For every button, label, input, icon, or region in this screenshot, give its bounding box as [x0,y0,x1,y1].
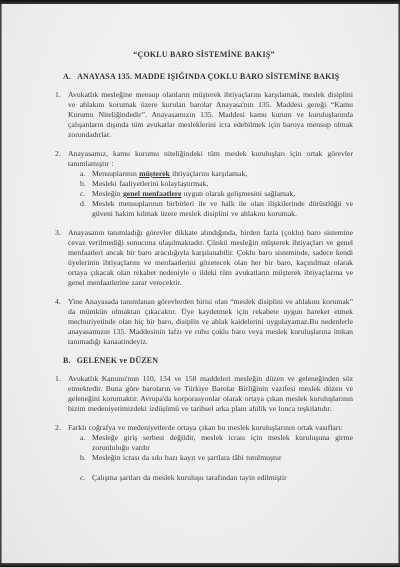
paragraph-a4-number: 4. [55,297,68,347]
scan-edge-top [0,0,400,4]
list-item-a2b-text: Mesleki faaliyetlerini kolaylaştırmak, [92,179,353,189]
paragraph-b2-intro: Farklı coğrafya ve medeniyetlerde ortaya… [68,423,353,433]
document-title: “ÇOKLU BARO SİSTEMİNE BAKIŞ” [55,50,353,59]
list-item-b2b: b. Mesleğin icrası da sıkı bazı kayıt ve… [80,453,353,463]
paragraph-a2: 2. Anayasamız, kamu kurumu niteliğindeki… [55,149,353,219]
list-item-a2c-letter: c. [80,189,92,199]
section-b-heading: B. GELENEK ve DÜZEN [63,356,353,365]
text-run: Mesleğin [92,189,123,198]
document-content: “ÇOKLU BARO SİSTEMİNE BAKIŞ” A. ANAYASA … [55,48,353,492]
list-item-b2a: a. Mesleğe giriş serbest değildir, mesle… [80,433,353,453]
list-item-a2a: a. Mensuplarının müşterek ihtiyaçlarını … [80,169,353,179]
section-b-title: GELENEK ve DÜZEN [77,356,159,365]
section-a-heading: A. ANAYASA 135. MADDE IŞIĞINDA ÇOKLU BAR… [63,72,353,81]
paragraph-a4: 4. Yine Anayasada tanımlanan görevlerden… [55,297,353,347]
section-a-letter: A. [63,72,71,81]
list-item-a2a-letter: a. [80,169,92,179]
list-item-a2a-text: Mensuplarının müşterek ihtiyaçlarını kar… [92,169,353,179]
list-item-b2b-letter: b. [80,453,92,463]
text-run: Mesleki faaliyetlerini kolaylaştırmak, [92,179,208,188]
text-run: uygun olarak gelişmesini sağlamak, [181,189,295,198]
list-item-a2b: b. Mesleki faaliyetlerini kolaylaştırmak… [80,179,353,189]
scan-edge-left [0,0,2,567]
paragraph-b1-number: 1. [55,374,68,414]
list-item-b2a-letter: a. [80,433,92,453]
paragraph-a3-text: Anayasanın tanımladığı görevler dikkate … [68,228,353,288]
list-item-b2c-letter: c. [80,473,92,483]
list-item-a2c: c. Mesleğin genel menfaatlere uygun olar… [80,189,353,199]
paragraph-a1: 1. Avukatlık mesleğine mensup olanların … [55,90,353,140]
scan-edge-bottom [0,563,400,567]
paragraph-a3: 3. Anayasanın tanımladığı görevler dikka… [55,228,353,288]
paragraph-a4-text: Yine Anayasada tanımlanan görevlerden bi… [68,297,353,347]
list-item-b2a-text: Mesleğe giriş serbest değildir, meslek i… [92,433,353,453]
paragraph-b2-body: Farklı coğrafya ve medeniyetlerde ortaya… [68,423,353,483]
scanned-document-page: “ÇOKLU BARO SİSTEMİNE BAKIŞ” A. ANAYASA … [0,0,400,567]
text-run: Mensuplarının [92,169,139,178]
section-a-title: ANAYASA 135. MADDE IŞIĞINDA ÇOKLU BARO S… [77,72,339,81]
paragraph-a2-number: 2. [55,149,68,219]
paragraph-b2: 2. Farklı coğrafya ve medeniyetlerde ort… [55,423,353,483]
text-run: Meslek mensuplarının birbirleri ile ve h… [92,199,353,218]
paragraph-b1: 1. Avukatlık Kanunu'nun 110, 134 ve 158 … [55,374,353,414]
paragraph-b1-text: Avukatlık Kanunu'nun 110, 134 ve 158 mad… [68,374,353,414]
paragraph-a2-body: Anayasamız, kamu kurumu niteliğindeki tü… [68,149,353,219]
list-item-b2b-text: Mesleğin icrası da sıkı bazı kayıt ve şa… [92,453,353,463]
list-item-a2d-letter: d. [80,199,92,219]
list-item-b2c: c. Çalışma şartları da meslek kuruluşu t… [80,473,353,483]
list-item-a2c-text: Mesleğin genel menfaatlere uygun olarak … [92,189,353,199]
list-item-a2d: d. Meslek mensuplarının birbirleri ile v… [80,199,353,219]
paragraph-a1-text: Avukatlık mesleğine mensup olanların müş… [68,90,353,140]
list-item-b2c-text: Çalışma şartları da meslek kuruluşu tara… [92,473,353,483]
paragraph-a1-number: 1. [55,90,68,140]
paragraph-a2-intro: Anayasamız, kamu kurumu niteliğindeki tü… [68,149,353,169]
text-run: ihtiyaçlarını karşılamak, [170,169,247,178]
paragraph-b2-number: 2. [55,423,68,483]
list-item-a2d-text: Meslek mensuplarının birbirleri ile ve h… [92,199,353,219]
list-item-a2b-letter: b. [80,179,92,189]
emphasized-text: müşterek [139,169,170,178]
section-b-letter: B. [63,356,71,365]
paragraph-a3-number: 3. [55,228,68,288]
emphasized-text: genel menfaatlere [123,189,182,198]
